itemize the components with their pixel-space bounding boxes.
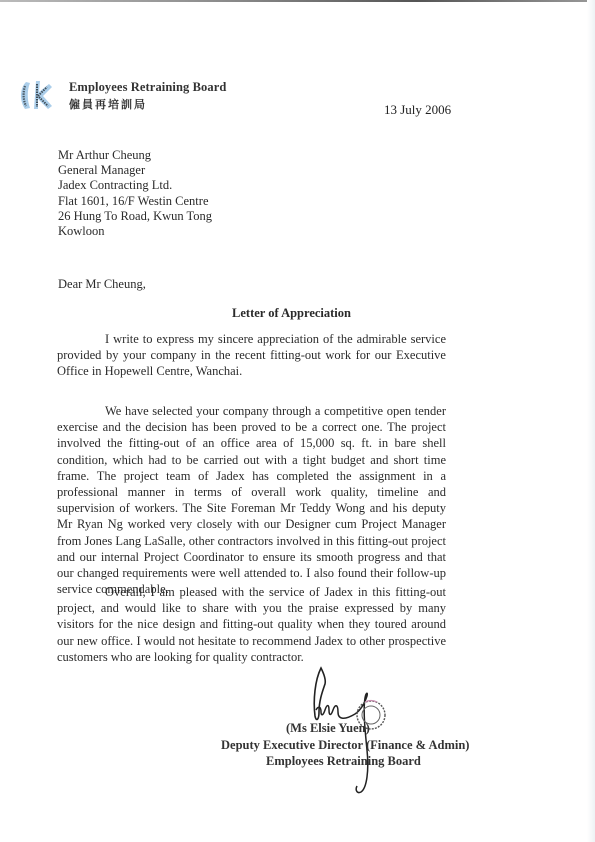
scan-top-edge xyxy=(0,0,595,2)
paragraph-text: Overall, I am pleased with the service o… xyxy=(57,585,446,664)
body-paragraph-1: I write to express my sincere appreciati… xyxy=(57,331,446,380)
paragraph-text: I write to express my sincere appreciati… xyxy=(57,332,446,378)
recipient-address-line-1: Flat 1601, 16/F Westin Centre xyxy=(58,194,212,209)
paragraph-text: We have selected your company through a … xyxy=(57,404,446,596)
erb-logo-icon xyxy=(16,78,54,112)
org-name-english: Employees Retraining Board xyxy=(69,80,226,95)
letter-subject: Letter of Appreciation xyxy=(0,306,595,321)
recipient-address-line-2: 26 Hung To Road, Kwun Tong xyxy=(58,209,212,224)
scan-right-edge xyxy=(587,0,595,842)
signatory-title: Deputy Executive Director (Finance & Adm… xyxy=(221,738,469,753)
org-name-chinese: 僱員再培訓局 xyxy=(69,96,147,112)
letter-date: 13 July 2006 xyxy=(384,102,451,118)
recipient-company: Jadex Contracting Ltd. xyxy=(58,178,212,193)
signatory-organization: Employees Retraining Board xyxy=(266,754,421,769)
signatory-name: (Ms Elsie Yuen) xyxy=(286,721,370,736)
body-paragraph-3: Overall, I am pleased with the service o… xyxy=(57,584,446,665)
subject-text: Letter of Appreciation xyxy=(232,306,351,320)
recipient-name: Mr Arthur Cheung xyxy=(58,148,212,163)
recipient-address: Mr Arthur Cheung General Manager Jadex C… xyxy=(58,148,212,239)
recipient-address-line-3: Kowloon xyxy=(58,224,212,239)
body-paragraph-2: We have selected your company through a … xyxy=(57,403,446,597)
recipient-title: General Manager xyxy=(58,163,212,178)
salutation: Dear Mr Cheung, xyxy=(58,277,146,292)
